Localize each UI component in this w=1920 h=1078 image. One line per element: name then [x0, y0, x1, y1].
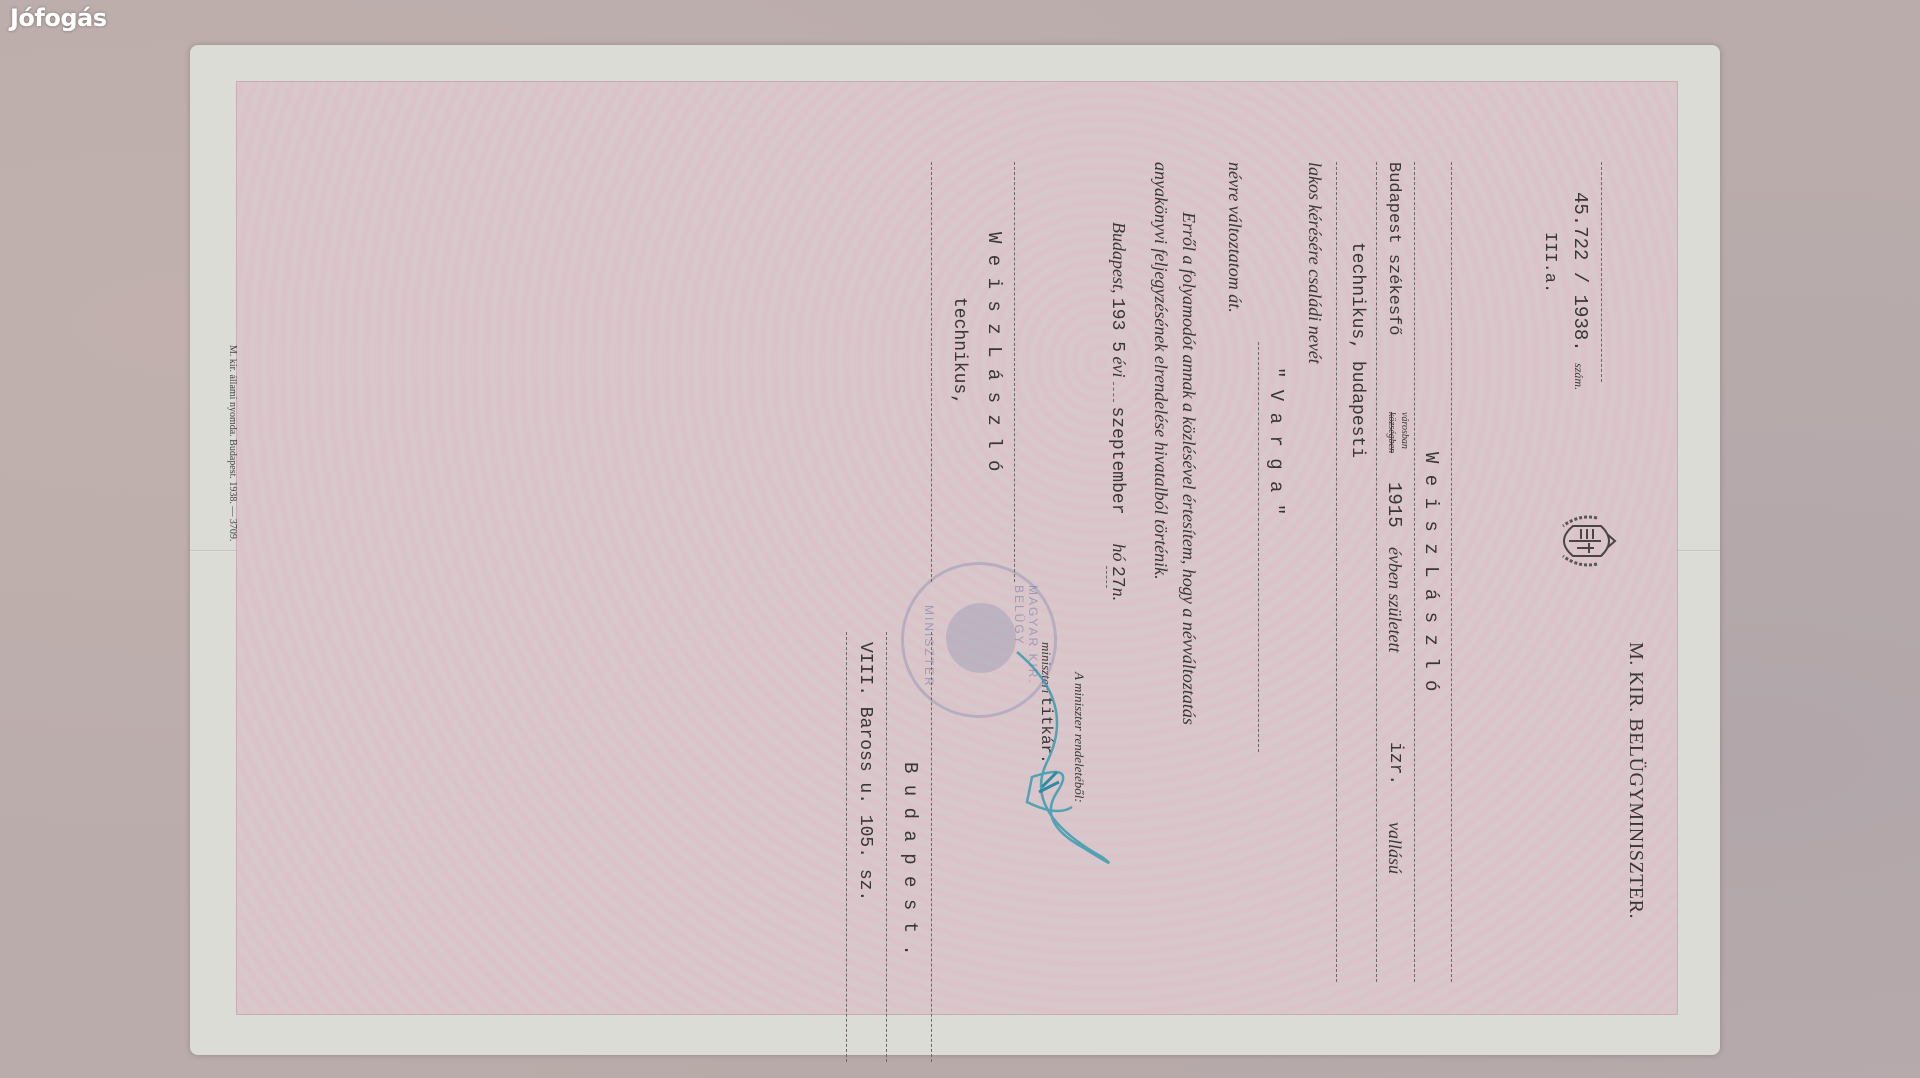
printed-area: M. KIR. BELÜGYMINISZTER. 45.722 / — [236, 81, 1678, 1015]
stamp-text-bottom: MINISZTER — [922, 605, 936, 688]
applicant-name: W e i s z L á s z l ó — [1420, 452, 1442, 691]
notice-line-1: Erről a folyamodót annak a közlésével ér… — [1178, 212, 1199, 725]
stamp-text-top: MAGYAR KIR. BELÜGY — [1012, 585, 1040, 715]
birthplace-labels: városban községben — [1385, 412, 1411, 453]
recipient-city: B u d a p e s t . — [899, 762, 921, 956]
request-label: lakos kérésére családi nevét — [1304, 162, 1325, 364]
recipient-address: VIII. Baross u. 105. sz. — [855, 642, 875, 901]
issue-date: Budapest, 193 5 évi szeptember hó 27n. — [1107, 222, 1129, 601]
recipient-name: W e i s z L á s z l ó — [983, 232, 1005, 471]
city-line-bottom — [886, 632, 887, 1062]
born-label: évben született — [1384, 547, 1405, 652]
new-name: " V a r g a " — [1265, 367, 1287, 515]
religion-label: vallású — [1384, 822, 1405, 874]
changed-label: névre változtatom át. — [1224, 162, 1245, 313]
address-line — [846, 632, 847, 1062]
recipient-occupation: technikus, — [949, 297, 969, 405]
city-line-top — [931, 632, 932, 1062]
religion: izr. — [1385, 742, 1405, 785]
document-header: M. KIR. BELÜGYMINISZTER. — [1624, 642, 1647, 919]
jofogas-watermark: Jófogás — [10, 4, 107, 32]
birth-line: Budapest székesfő — [1384, 162, 1405, 335]
document-content: M. KIR. BELÜGYMINISZTER. 45.722 / — [237, 82, 1677, 1014]
recipient-line-mid — [931, 162, 932, 582]
name-line-bottom — [1414, 162, 1415, 982]
notice-line-2: anyakönyvi feljegyzésének elrendelése hi… — [1150, 162, 1171, 580]
birth-year: 1915 — [1383, 482, 1405, 528]
department-code: III.a. — [1540, 232, 1559, 293]
stamp-center — [946, 603, 1016, 673]
recipient-line-top — [1014, 162, 1015, 582]
occupation-line — [1336, 162, 1337, 982]
reference-line — [1601, 162, 1602, 382]
name-line-top — [1451, 162, 1452, 982]
reference-number: 45.722 / 1938. szám. — [1569, 192, 1591, 390]
printer-note: M. kir. állami nyomda. Budapest. 1938. —… — [227, 345, 238, 541]
occupation-residence: technikus, budapesti — [1347, 242, 1367, 458]
birth-line-bottom — [1376, 162, 1377, 982]
new-name-line — [1258, 342, 1259, 752]
coat-of-arms-icon — [1549, 512, 1619, 570]
document-rotated: M. KIR. BELÜGYMINISZTER. 45.722 / — [190, 45, 1720, 1055]
official-stamp: MAGYAR KIR. BELÜGY MINISZTER — [901, 562, 1057, 718]
